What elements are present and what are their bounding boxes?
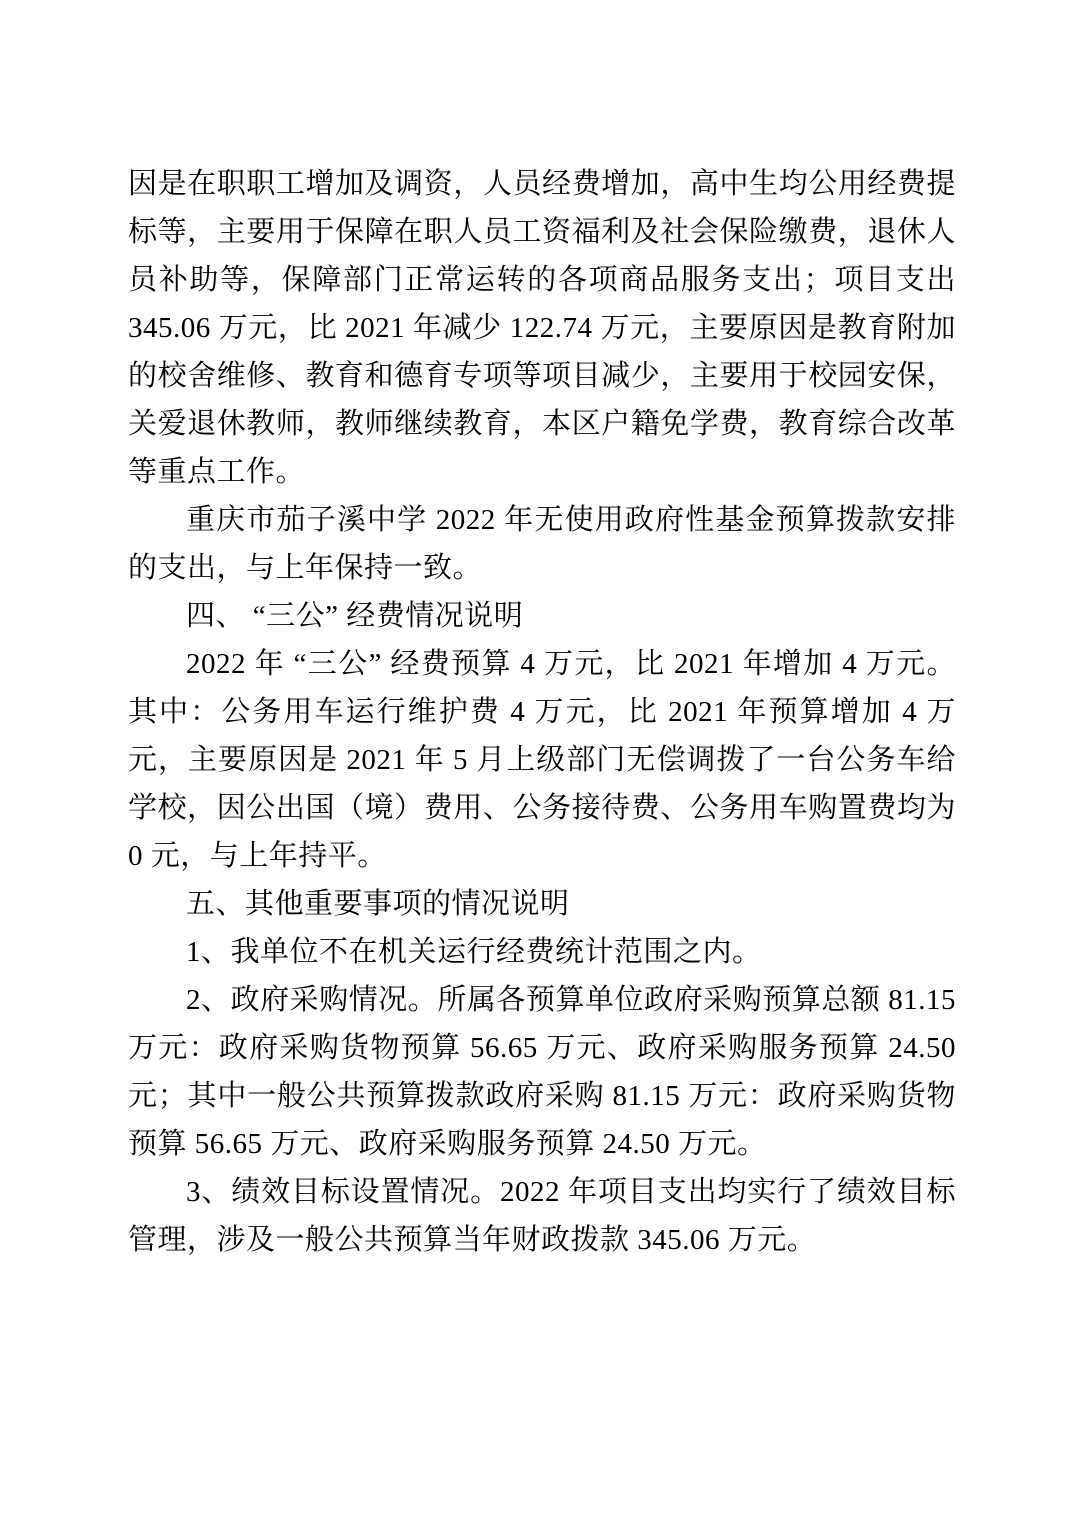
item-performance-targets: 3、绩效目标设置情况。2022 年项目支出均实行了绩效目标管理，涉及一般公共预算… xyxy=(128,1168,956,1264)
paragraph-three-public-expenses-detail: 2022 年 “三公” 经费预算 4 万元，比 2021 年增加 4 万元。其中… xyxy=(128,640,956,880)
heading-three-public-expenses: 四、 “三公” 经费情况说明 xyxy=(128,592,956,640)
heading-other-important-matters: 五、其他重要事项的情况说明 xyxy=(128,880,956,928)
item-government-procurement: 2、政府采购情况。所属各预算单位政府采购预算总额 81.15 万元：政府采购货物… xyxy=(128,976,956,1168)
item-agency-operating-expenses: 1、我单位不在机关运行经费统计范围之内。 xyxy=(128,928,956,976)
document-page: 因是在职职工增加及调资，人员经费增加，高中生均公用经费提标等，主要用于保障在职人… xyxy=(0,0,1074,1520)
paragraph-budget-expenditure-continued: 因是在职职工增加及调资，人员经费增加，高中生均公用经费提标等，主要用于保障在职人… xyxy=(128,160,956,496)
paragraph-government-fund-statement: 重庆市茄子溪中学 2022 年无使用政府性基金预算拨款安排的支出，与上年保持一致… xyxy=(128,496,956,592)
